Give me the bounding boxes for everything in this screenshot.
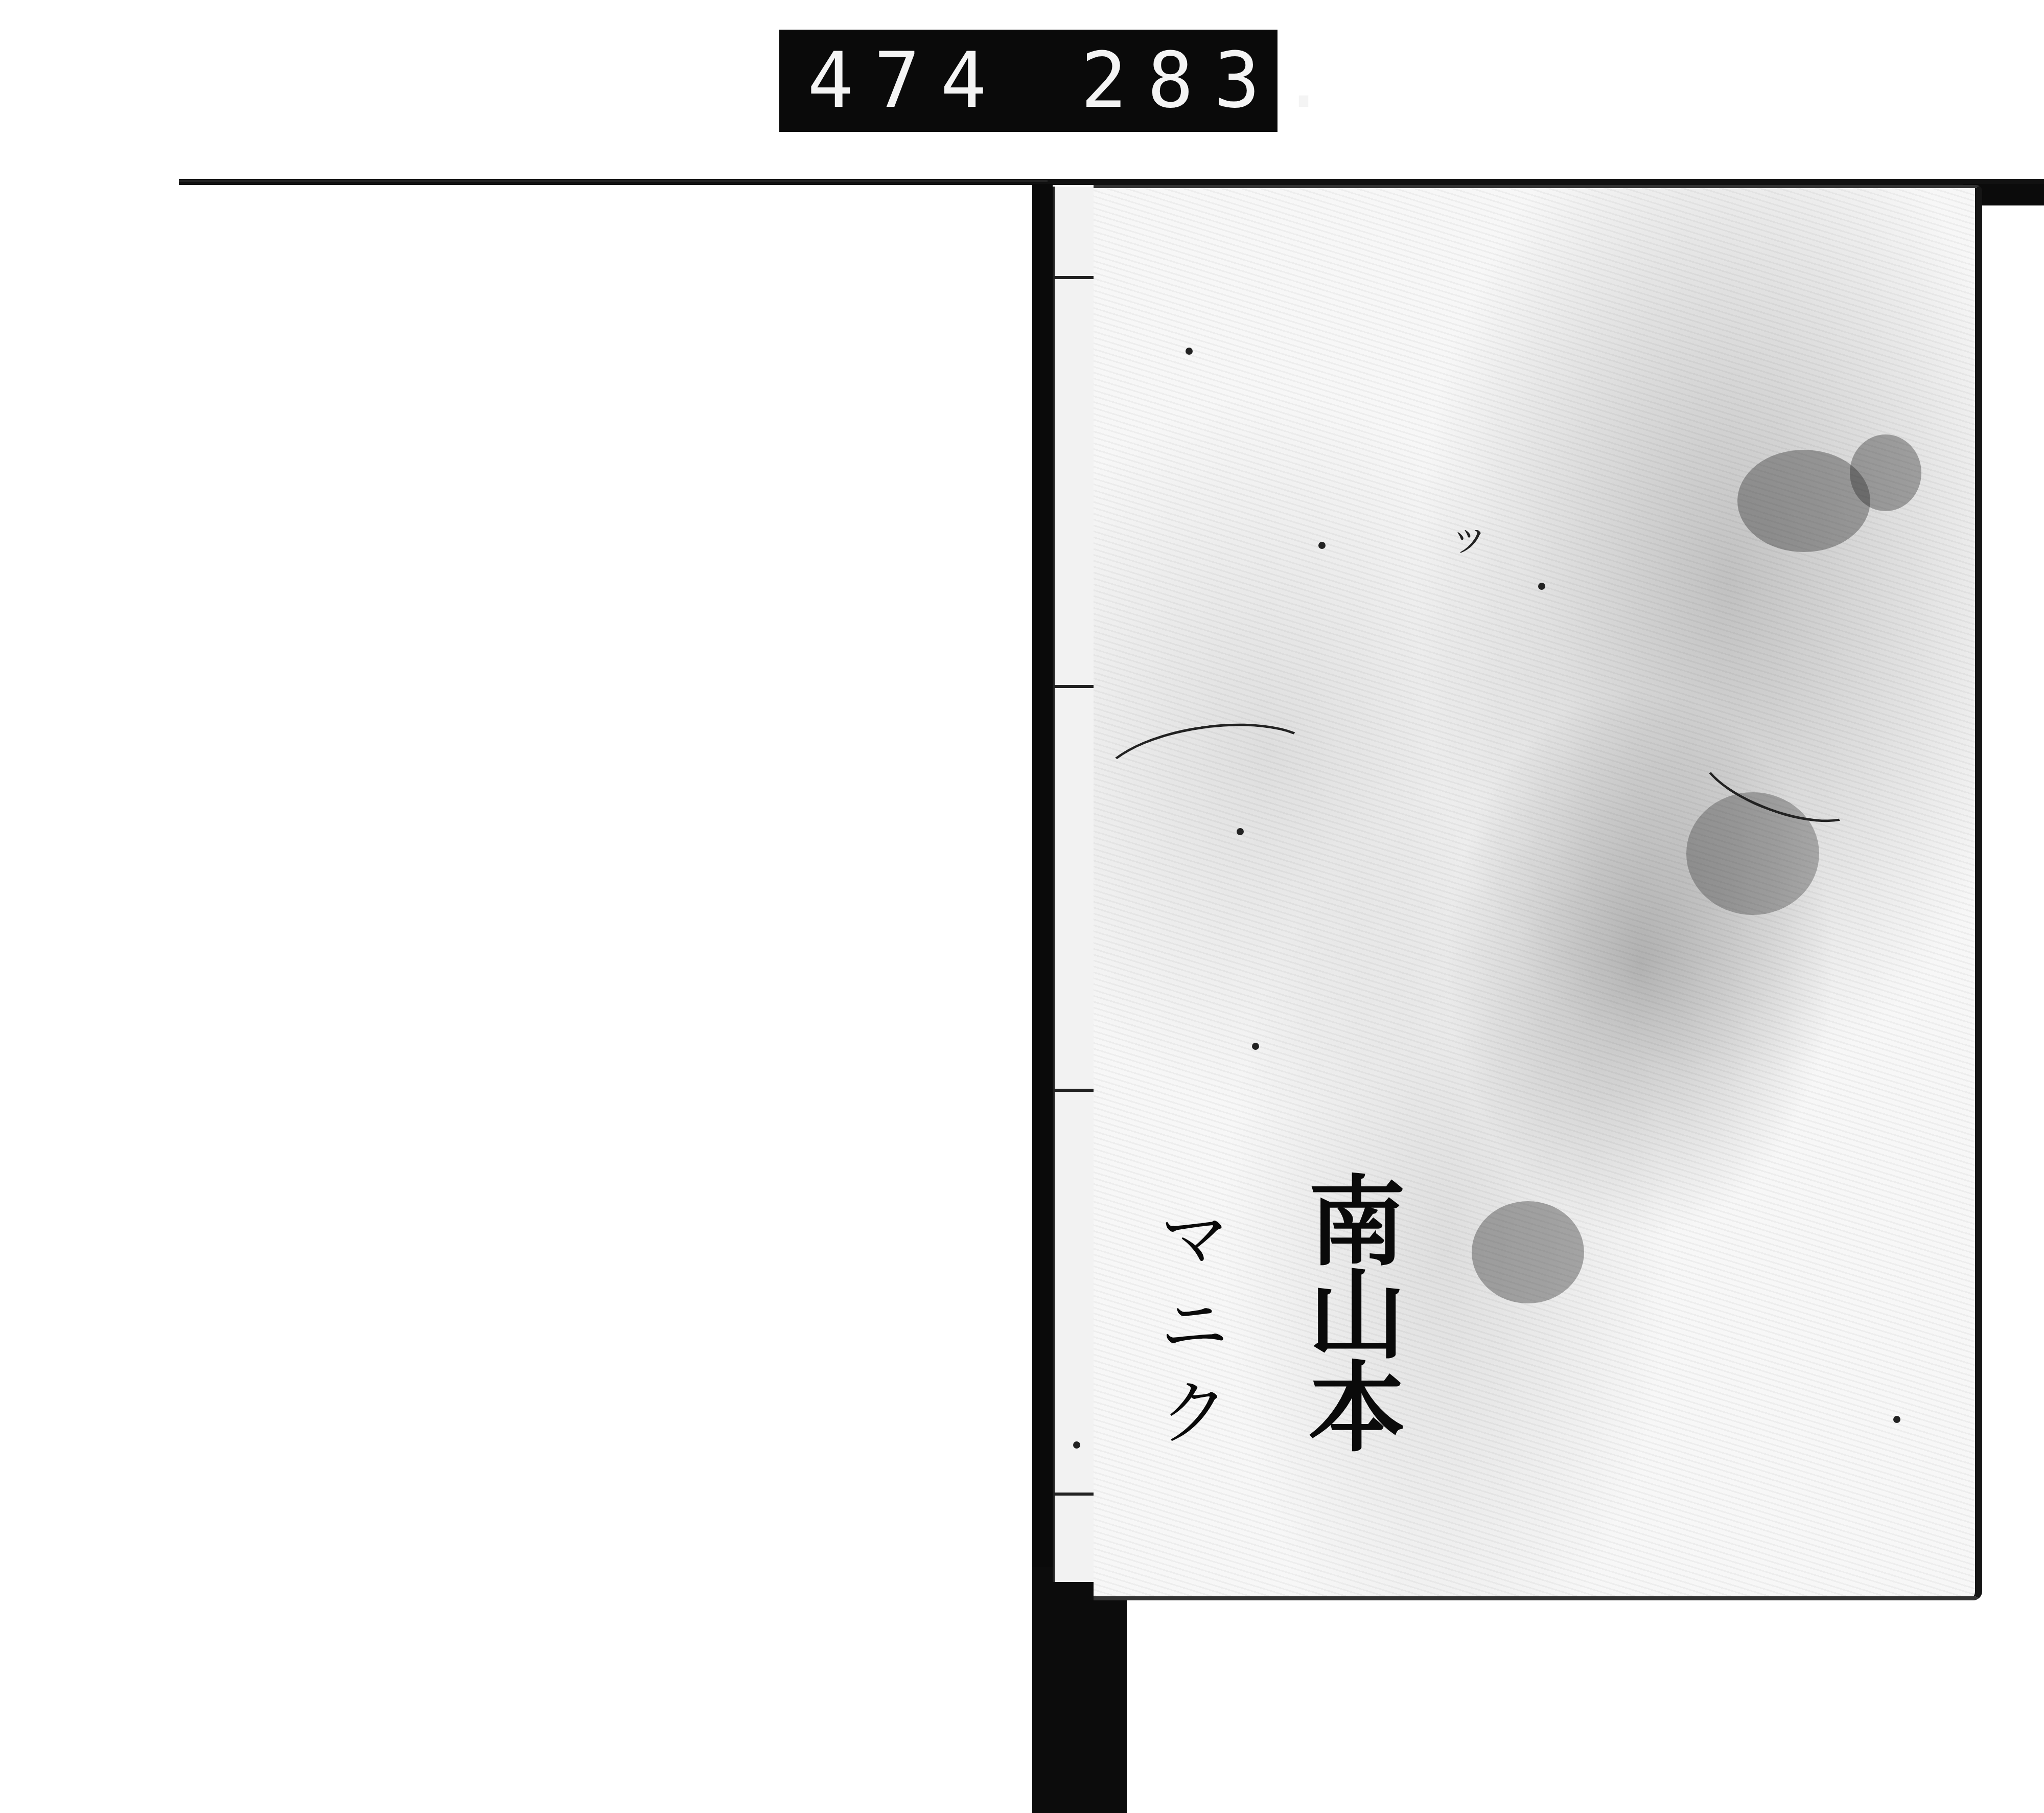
call-number-left: 474 <box>807 40 1007 122</box>
speck <box>1237 828 1244 835</box>
speck <box>1073 1441 1080 1449</box>
side-annotation: マニク <box>1137 1201 1240 1462</box>
binding-stitch <box>1053 685 1096 688</box>
binding-stitch <box>1053 276 1096 279</box>
stain <box>1850 434 1921 511</box>
stain <box>1472 1201 1584 1303</box>
cover-mark: ッ <box>1449 503 1490 562</box>
binding-stitch <box>1053 1493 1096 1496</box>
speck <box>1893 1416 1900 1423</box>
bottom-spine-block <box>1032 1567 1127 1813</box>
call-number-right: 283. <box>1081 40 1347 122</box>
speck <box>1252 1043 1259 1050</box>
top-edge-rule-thin <box>179 180 1048 182</box>
book-spine-binding <box>1053 187 1099 1582</box>
book-title: 南山本 <box>1300 1171 1398 1450</box>
speck <box>1318 542 1326 549</box>
speck <box>1186 348 1193 355</box>
speck <box>1538 583 1545 590</box>
binding-stitch <box>1053 1089 1096 1092</box>
call-number-label: 474 283. <box>779 30 1277 132</box>
